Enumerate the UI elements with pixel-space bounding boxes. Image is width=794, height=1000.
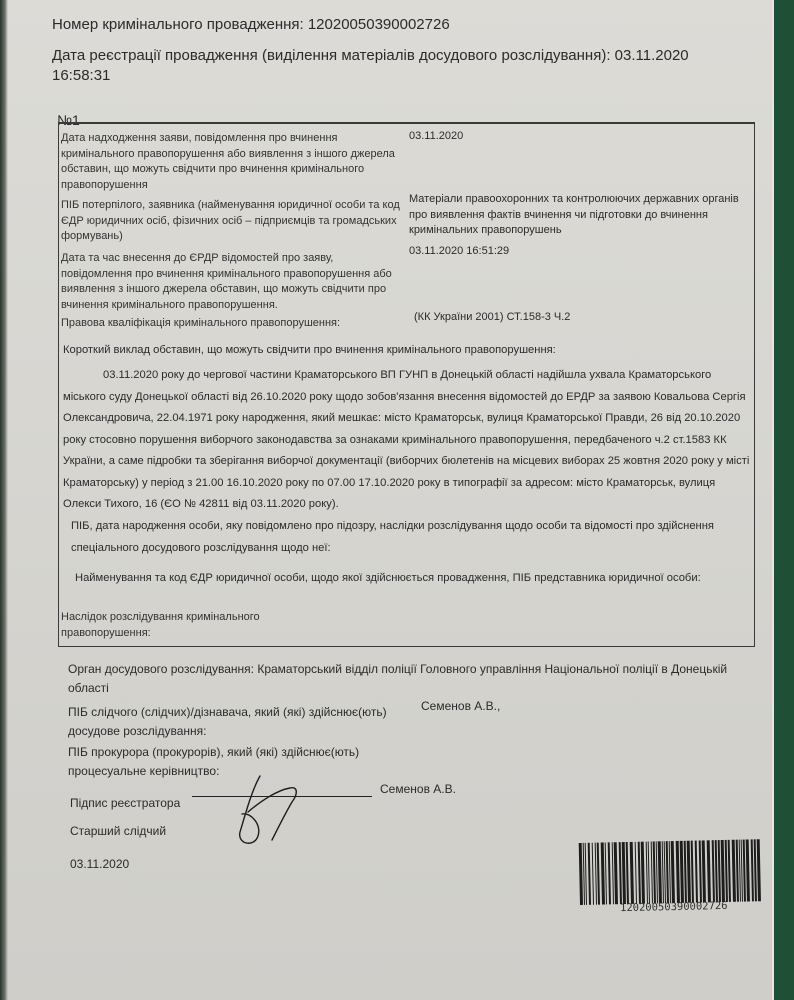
investigator-value: Семенов А.В., <box>421 697 500 716</box>
document-page: Номер кримінального провадження: 1202005… <box>0 0 774 1000</box>
receipt-date-value: 03.11.2020 <box>409 129 749 145</box>
case-number: Номер кримінального провадження: 1202005… <box>52 16 450 33</box>
investigator-label: ПІБ слідчого (слідчих)/дізнавача, який (… <box>68 703 408 741</box>
barcode-bars <box>579 839 765 905</box>
outcome-label: Наслідок розслідування кримінального пра… <box>61 610 281 641</box>
handwritten-signature <box>232 772 332 848</box>
summary-label: Короткий виклад обставин, що можуть свід… <box>63 340 753 362</box>
receipt-date-label: Дата надходження заяви, повідомлення про… <box>61 131 401 193</box>
applicant-label: ПІБ потерпілого, заявника (найменування … <box>61 198 401 245</box>
summary-text: 03.11.2020 року до чергової частини Крам… <box>63 365 753 516</box>
barcode-bar <box>626 842 629 904</box>
position: Старший слідчий <box>70 822 166 841</box>
barcode-bar <box>641 842 645 904</box>
barcode-bar <box>746 839 750 901</box>
barcode-bar <box>592 843 594 905</box>
barcode-bar <box>614 842 618 904</box>
qualification-label: Правова кваліфікація кримінального право… <box>61 316 401 332</box>
barcode-bar <box>585 843 587 905</box>
barcode-bar <box>691 841 694 903</box>
barcode-bar <box>671 841 675 903</box>
record-table: Дата надходження заяви, повідомлення про… <box>58 122 755 647</box>
barcode-bar <box>702 840 706 902</box>
legal-entity-label: Найменування та код ЄДР юридичної особи,… <box>75 568 765 590</box>
barcode: 12020050390002726 <box>579 839 765 905</box>
barcode-bar <box>728 840 731 902</box>
barcode-bar <box>630 842 634 904</box>
barcode-bar <box>695 841 698 903</box>
barcode-bar <box>757 839 761 901</box>
barcode-bar <box>635 842 637 904</box>
barcode-bar <box>605 842 607 904</box>
barcode-number: 12020050390002726 <box>620 900 728 914</box>
summary-body: 03.11.2020 року до чергової частини Крам… <box>63 369 749 510</box>
registrar-name: Семенов А.В. <box>380 780 456 799</box>
barcode-bar <box>588 843 591 905</box>
investigation-body: Орган досудового розслідування: Краматор… <box>68 660 758 698</box>
registration-date: Дата реєстрації провадження (виділення м… <box>52 46 712 86</box>
erdr-date-label: Дата та час внесення до ЄРДР відомостей … <box>61 251 401 313</box>
qualification-value: (КК України 2001) СТ.158-3 Ч.2 <box>414 310 754 326</box>
applicant-value: Матеріали правоохоронних та контролюючих… <box>409 192 749 239</box>
barcode-bar <box>597 843 600 905</box>
barcode-bar <box>648 842 650 904</box>
barcode-bar <box>608 842 611 904</box>
erdr-date-value: 03.11.2020 16:51:29 <box>409 244 749 260</box>
barcode-bar <box>707 840 711 902</box>
suspect-label: ПІБ, дата народження особи, яку повідомл… <box>63 516 751 559</box>
signing-date: 03.11.2020 <box>70 855 129 874</box>
registrar-signature-label: Підпис реєстратора <box>70 794 180 813</box>
